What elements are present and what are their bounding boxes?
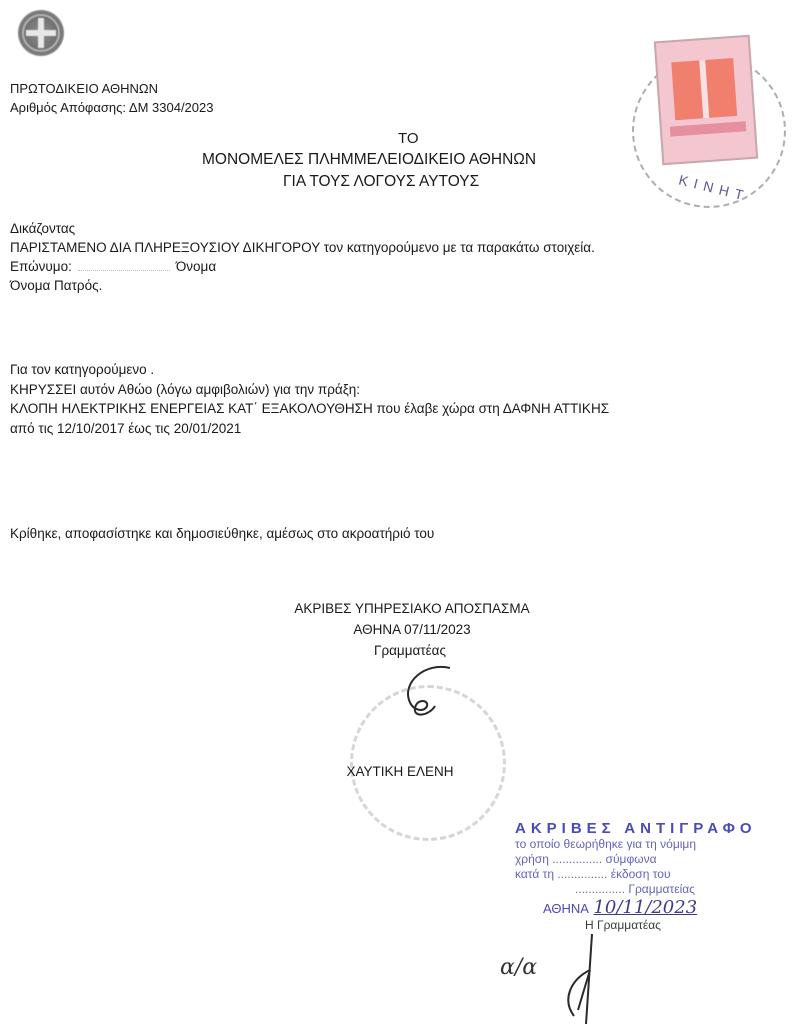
stamp-cluster: ΚΙΝΗΤ xyxy=(618,38,788,208)
defendant-line: Για τον κατηγορούμενο . xyxy=(10,360,154,379)
copy-stamp-city: ΑΘΗΝΑ xyxy=(543,901,589,916)
offense-line: ΚΛΟΠΗ ΗΛΕΚΤΡΙΚΗΣ ΕΝΕΡΓΕΙΑΣ ΚΑΤ΄ ΕΞΑΚΟΛΟΥ… xyxy=(10,399,609,418)
judged-line: Κρίθηκε, αποφασίστηκε και δημοσιεύθηκε, … xyxy=(10,524,434,543)
initials-signature: α/α xyxy=(500,955,537,980)
copy-stamp-line-1: το οποίο θεωρήθηκε για τη νόμιμη xyxy=(515,837,795,852)
name-label: Όνομα xyxy=(176,259,216,274)
copy-stamp-signer: Η Γραμματέας xyxy=(515,918,795,933)
copy-stamp-line-3: κατά τη ............... έκδοση του xyxy=(515,867,795,882)
copy-stamp-date-row: ΑΘΗΝΑ 10/11/2023 xyxy=(515,897,795,918)
secretary-label: Γραμματέας xyxy=(6,641,808,660)
title-court: ΜΟΝΟΜΕΛΕΣ ΠΛΗΜΜΕΛΕΙΟΔΙΚΕΙΟ ΑΘΗΝΩΝ xyxy=(202,150,536,169)
decision-number: Αριθμός Απόφασης: ΔΜ 3304/2023 xyxy=(10,98,213,117)
period-line: από τις 12/10/2017 έως τις 20/01/2021 xyxy=(10,419,241,438)
title-reasons: ΓΙΑ ΤΟΥΣ ΛΟΓΟΥΣ ΑΥΤΟΥΣ xyxy=(283,172,479,191)
title-line-1: ΤΟ xyxy=(398,129,419,148)
identity-line: Επώνυμο:Όνομα xyxy=(10,257,216,276)
certified-extract: ΑΚΡΙΒΕΣ ΥΠΗΡΕΣΙΑΚΟ ΑΠΟΣΠΑΣΜΑ xyxy=(8,599,808,618)
judging-label: Δικάζοντας xyxy=(10,219,75,238)
true-copy-stamp: ΑΚΡΙΒΕΣ ΑΝΤΙΓΡΑΦΟ το οποίο θεωρήθηκε για… xyxy=(515,820,795,933)
copy-stamp-title: ΑΚΡΙΒΕΣ ΑΝΤΙΓΡΑΦΟ xyxy=(515,820,795,837)
surname-label: Επώνυμο: xyxy=(10,259,72,274)
coat-of-arms-icon xyxy=(18,10,64,56)
redacted-surname xyxy=(78,270,170,271)
revenue-stamp-icon xyxy=(654,35,758,165)
secretary-name: ΧΑΥΤΙΚΗ ΕΛΕΝΗ xyxy=(0,762,804,781)
present-line: ΠΑΡΙΣΤΑΜΕΝΟ ΔΙΑ ΠΛΗΡΕΞΟΥΣΙΟΥ ΔΙΚΗΓΟΡΟΥ τ… xyxy=(10,238,595,257)
copy-stamp-line-2: χρήση ............... σύμφωνα xyxy=(515,852,795,867)
copy-signature-icon xyxy=(560,930,620,1024)
secretary-signature-icon xyxy=(395,662,465,732)
place-date: ΑΘΗΝΑ 07/11/2023 xyxy=(8,620,808,639)
father-name-label: Όνομα Πατρός. xyxy=(10,276,102,295)
verdict-line: ΚΗΡΥΣΣΕΙ αυτόν Αθώο (λόγω αμφιβολιών) γι… xyxy=(10,380,360,399)
court-name: ΠΡΩΤΟΔΙΚΕΙΟ ΑΘΗΝΩΝ xyxy=(10,79,158,98)
copy-stamp-line-4: ............... Γραμματείας xyxy=(515,882,795,897)
copy-stamp-date: 10/11/2023 xyxy=(593,897,697,918)
